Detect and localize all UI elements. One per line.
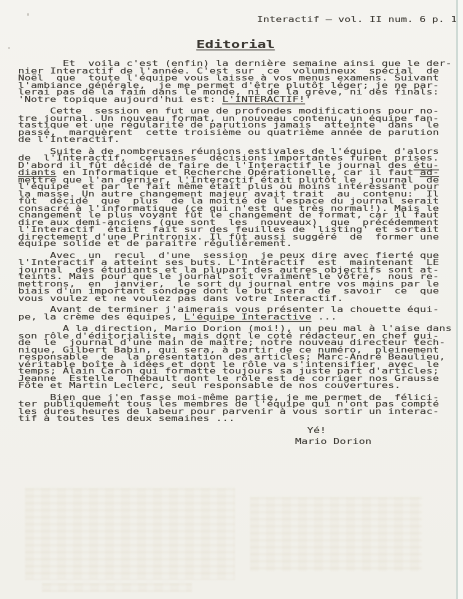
bleed-through-ghost-right bbox=[250, 497, 422, 571]
text-line: Fôte et Martin Leclerc, seul responsable… bbox=[18, 383, 456, 390]
text-line: équipe solide et de paraitre régulièreme… bbox=[18, 241, 456, 248]
underlined-text: L'équipe Interactive bbox=[184, 312, 312, 321]
text-line: Yé! bbox=[307, 427, 456, 434]
scanned-page: Interactif – vol. II num. 6 p. 1 Editori… bbox=[0, 0, 463, 599]
scan-edge-strip bbox=[458, 0, 463, 599]
editorial-body: Et voila c'est (enfin) la dernière semai… bbox=[18, 61, 456, 451]
paragraph: Avec un recul d'une session je peux dire… bbox=[18, 252, 456, 302]
paper-speck bbox=[27, 13, 29, 16]
bleed-through-ghost-left bbox=[25, 488, 235, 580]
text-line: tif à toutes les deux semaines ... bbox=[18, 416, 456, 423]
paragraph: Et voila c'est (enfin) la dernière semai… bbox=[18, 61, 456, 104]
text-line: vous voulez et ne voulez pas dans votre … bbox=[18, 295, 456, 302]
page-header: Interactif – vol. II num. 6 p. 1 bbox=[257, 16, 457, 24]
paragraph: A la direction, Mario Dorion (moi!), un … bbox=[18, 326, 456, 390]
bleed-through-ghost-bottom bbox=[42, 583, 192, 592]
paragraph: Bien que j'en fasse moi-même partie, je … bbox=[18, 394, 456, 423]
page-title: Editorial bbox=[0, 39, 463, 51]
paragraph: Cette session en fut une de profondes mo… bbox=[18, 108, 456, 144]
paragraph: Suite à de nombreuses réunions estivales… bbox=[18, 148, 456, 248]
paper-speck bbox=[8, 47, 10, 49]
signature-name: Mario Dorion bbox=[18, 439, 456, 446]
text-line: Mario Dorion bbox=[295, 439, 456, 446]
text-line: de l'Interactif. bbox=[18, 137, 456, 144]
text-line: pe, la crème des équipes, L'équipe Inter… bbox=[18, 314, 456, 321]
scan-edge-line bbox=[456, 0, 458, 599]
signature-cheer: Yé! bbox=[18, 427, 456, 434]
paragraph: Avant de terminer j'aimerais vous présen… bbox=[18, 307, 456, 321]
text-line: 'Notre topique aujourd'hui est: L'INTERA… bbox=[18, 96, 456, 103]
underlined-text: L'INTERACTIF! bbox=[222, 95, 305, 104]
